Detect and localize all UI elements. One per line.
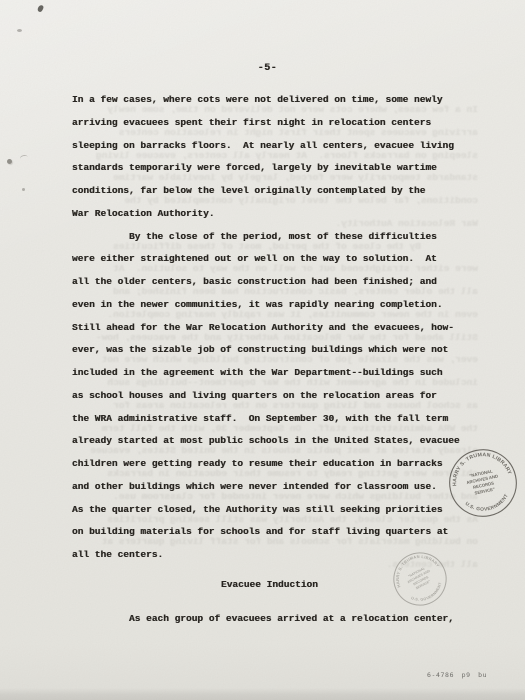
body-line: By the close of the period, most of thes…: [72, 226, 482, 249]
body-line: conditions, far below the level original…: [72, 180, 482, 203]
body-line: As the quarter closed, the Authority was…: [72, 499, 482, 522]
ink-speck: [7, 159, 12, 164]
document-page: In a few cases, where cots were not deli…: [0, 0, 525, 700]
closing-line: As each group of evacuees arrived at a r…: [72, 608, 454, 631]
body-line: all the older centers, basic constructio…: [72, 271, 482, 294]
body-line: War Relocation Authority.: [72, 203, 482, 226]
ink-speck: [22, 188, 25, 191]
body-line: sleeping on barracks floors. At nearly a…: [72, 135, 482, 158]
print-code: 6-4786 p9 bu: [427, 671, 487, 679]
body-line: and other buildings which were never int…: [72, 476, 482, 499]
pencil-smudge: [19, 154, 28, 162]
body-line: even in the newer communities, it was ra…: [72, 294, 482, 317]
body-line: included in the agreement with the War D…: [72, 362, 482, 385]
body-line: Still ahead for the War Relocation Autho…: [72, 317, 482, 340]
ink-speck: [17, 29, 22, 32]
body-line: children were getting ready to resume th…: [72, 453, 482, 476]
section-heading: Evacuee Induction: [0, 574, 525, 597]
body-line: arriving evacuees spent their first nigh…: [72, 112, 482, 135]
body-line: standards temporarily were forced, large…: [72, 157, 482, 180]
body-line: ever, was the sizable job of constructin…: [72, 339, 482, 362]
body-line: already started at most public schools i…: [72, 430, 482, 453]
body-line: on building materials for schools and fo…: [72, 521, 482, 544]
body-text: In a few cases, where cots were not deli…: [72, 89, 482, 567]
body-line: as school houses and living quarters on …: [72, 385, 482, 408]
body-line: the WRA administrative staff. On Septemb…: [72, 408, 482, 431]
ink-speck: [37, 4, 44, 12]
scan-bottom-edge: [0, 688, 525, 700]
body-line: In a few cases, where cots were not deli…: [72, 89, 482, 112]
body-line: were either straightened out or well on …: [72, 248, 482, 271]
body-line: all the centers.: [72, 544, 482, 567]
page-number: -5-: [0, 63, 525, 74]
